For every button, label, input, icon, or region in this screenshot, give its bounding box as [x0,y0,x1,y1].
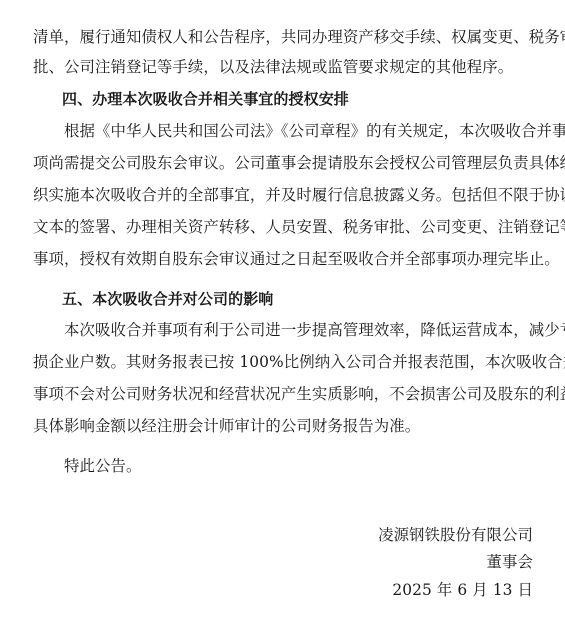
signature-board: 董事会 [487,552,533,572]
paragraph-line: 织实施本次吸收合并的全部事宜，并及时履行信息披露义务。包括但不限于协议 [33,185,538,205]
paragraph-line: 事项不会对公司财务状况和经营状况产生实质影响，不会损害公司及股东的利益， [33,384,538,404]
paragraph-line: 清单，履行通知债权人和公告程序，共同办理资产移交手续、权属变更、税务审 [33,27,538,47]
paragraph-line: 事项，授权有效期自股东会审议通过之日起至吸收合并全部事项办理完毕止。 [33,249,538,269]
paragraph-line: 文本的签署、办理相关资产转移、人员安置、税务审批、公司变更、注销登记等 [33,217,538,237]
paragraph-line: 具体影响金额以经注册会计师审计的公司财务报告为准。 [33,416,538,436]
section-heading-5: 五、本次吸收合并对公司的影响 [62,289,565,309]
paragraph-line: 根据《中华人民共和国公司法》《公司章程》的有关规定，本次吸收合并事 [64,121,538,141]
signature-date: 2025 年 6 月 13 日 [392,580,533,600]
paragraph-line: 损企业户数。其财务报表已按 100%比例纳入公司合并报表范围，本次吸收合并 [33,352,538,372]
paragraph-line: 项尚需提交公司股东会审议。公司董事会提请股东会授权公司管理层负责具体组 [33,153,538,173]
paragraph-line: 本次吸收合并事项有利于公司进一步提高管理效率，降低运营成本，减少亏 [64,320,538,340]
closing-statement: 特此公告。 [64,456,538,476]
signature-company: 凌源钢铁股份有限公司 [378,525,533,545]
paragraph-line: 批、公司注销登记等手续，以及法律法规或监管要求规定的其他程序。 [33,57,538,77]
section-heading-4: 四、办理本次吸收合并相关事宜的授权安排 [62,89,565,109]
